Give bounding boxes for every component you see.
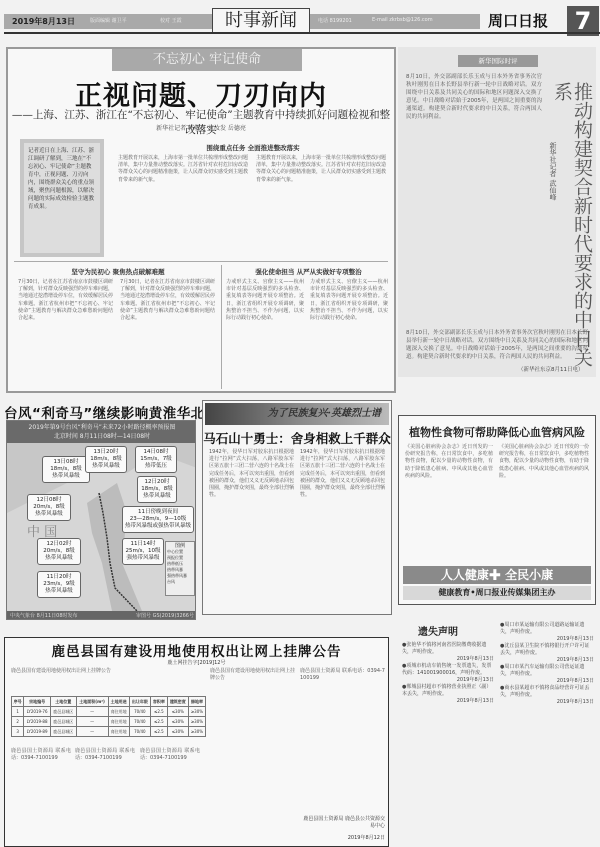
commentary-column: 新华国际时评 推动构建契合新时代要求的中日关系 新华社记者 武仙峰 8月10日，… — [398, 47, 596, 377]
typhoon-map: 2019年第9号台风“利奇马”未来72小时路径概率预报图 北京时间 8月11日0… — [6, 420, 196, 620]
auction-notice-no: 鹿土网挂告字[2019]12号 — [5, 659, 388, 666]
lead-subheadline: ——上海、江苏、浙江在“不忘初心、牢记使命”主题教育中持续抓好问题检视和整改落实 — [8, 107, 394, 137]
lost-notices: 遗失声明 ●张艳华不慎将河南省医院缴费收据遗失，声明作废。 2019年8月13日… — [398, 620, 598, 847]
section-text-2b: 7月30日，记者在江苏省南京市鼓楼区调研了解到，针对群众反映强烈的停车难问题，当… — [120, 279, 215, 387]
table-row: 3LY2019-89鹿邑县城区—商住用地70/40≤2.5≤30%≥30% — [12, 727, 206, 737]
column-rule — [221, 265, 222, 389]
auction-text-a: 鹿邑县国土资源局 联系电话：0394-7100199 — [11, 748, 71, 843]
auction-text-b: 鹿邑县国土资源局 联系电话：0394-7100199 — [75, 748, 135, 843]
list-item: ●周口市某运输有限公司道路运输证遗失，声明作废。 — [500, 622, 594, 636]
table-row: 2LY2019-88鹿邑县城区—商住用地70/40≤2.5≤30%≥30% — [12, 717, 206, 727]
map-title: 2019年第9号台风“利奇马”未来72小时路径概率预报图 — [7, 423, 196, 432]
callout-12d20: 12日20时18m/s，8级热带风暴级 — [137, 476, 177, 503]
masthead-rule — [4, 32, 600, 34]
list-item: ●周口市某汽车运输有限公司营运证遗失，声明作废。 — [500, 664, 594, 678]
callout-13d08: 13日08时18m/s，8级热带风暴级 — [42, 456, 90, 483]
martyr-headline: 马石山十勇士：舍身相救上千群众 — [203, 429, 391, 447]
list-item: ●郸城县村超市不慎将营业执照正（副）本丢失，声明作废。 — [402, 684, 494, 698]
masthead: 2019年8月13日 版面编辑 谢卫平 校对 王霞 时事新闻 电话 819920… — [0, 0, 600, 40]
section-heading-2: 坚守为民初心 聚焦热点破解难题 — [18, 267, 218, 276]
list-item: ●商水县某超市不慎将食品经营许可证丢失，声明作废。 — [500, 685, 594, 699]
martyr-story: 为了民族复兴·英雄烈士谱 马石山十勇士：舍身相救上千群众 1942年，侵华日军对… — [202, 400, 392, 615]
callout-12d08: 12日08时20m/s，8级热带风暴级 — [27, 494, 71, 521]
callout-12d02: 12日02时20m/s，8级热带风暴级 — [37, 538, 81, 565]
auction-intro: 鹿邑县国有建设用地使用权出让网上挂牌公告 — [11, 668, 191, 693]
health-text-a: 《美国心脏病协会杂志》近日刊发的一份研究报告称，在日常饮食中，多吃植物性食物，配… — [405, 444, 493, 562]
callout-13d20: 13日20时18m/s，8级热带风暴级 — [85, 446, 127, 473]
callout-14d08: 14日08时15m/s，7级热带低压 — [135, 446, 177, 473]
editor-credit: 版面编辑 谢卫平 — [90, 17, 127, 24]
auction-text-c: 鹿邑县国土资源局 联系电话：0394-7100199 — [140, 748, 200, 843]
martyr-banner: 为了民族复兴·英雄烈士谱 — [205, 403, 389, 425]
health-text-b: 《美国心脏病协会杂志》近日刊发的一份研究报告称，在日常饮食中，多吃植物性食物，配… — [499, 444, 589, 562]
list-item: ●张艳华不慎将河南省医院缴费收据遗失，声明作废。 — [402, 642, 494, 656]
section-heading-3: 强化使命担当 从严从实做好专项整治 — [226, 267, 391, 276]
typhoon-headline: 台风“利奇马”继续影响黄淮华北 — [4, 402, 205, 422]
commentary-text-cont: 8月10日，外交部副部长乐玉成与日本外务省事务次官秋叶刚男在日本长野县举行新一轮… — [406, 329, 588, 359]
section-text-1a: 主题教育开展以来，上海市第一批单位共梳理形成整改问题清单，集中力量推动整改落实。… — [118, 155, 248, 255]
lost-col-1: ●张艳华不慎将河南省医院缴费收据遗失，声明作废。 2019年8月13日 ●项城市… — [402, 642, 494, 705]
land-auction-notice: 鹿邑县国有建设用地使用权出让网上挂牌公告 鹿土网挂告字[2019]12号 鹿邑县… — [4, 637, 389, 847]
martyr-text-a: 1942年，侵华日军对胶东抗日根据地进行“拉网”式大扫荡，八路军胶东军区第五旅十… — [209, 449, 294, 609]
auction-table-wrap: 序号宗地编号土地位置土地面积(m²)土地用途出让年限容积率建筑密度绿地率 1LY… — [11, 696, 206, 737]
auction-title: 鹿邑县国有建设用地使用权出让网上挂牌公告 — [5, 640, 388, 660]
lost-notices-title: 遗失声明 — [418, 623, 458, 638]
health-headline: 植物性食物可帮助降低心血管病风险 — [399, 424, 595, 440]
lead-byline: 新华社记者 郭敬丹 沈汝发 岳德亮 — [8, 123, 394, 132]
paper-name: 周口日报 — [488, 10, 548, 31]
commentary-source: （新华社东京8月11日电） — [518, 365, 584, 373]
issue-date: 2019年8月13日 — [12, 16, 75, 27]
health-sponsor: 健康教育•周口报业传媒集团主办 — [403, 586, 591, 600]
callout-11d-night: 11日傍晚到夜间23—28m/s，9—10级热带风暴级或强热带风暴级 — [122, 506, 194, 533]
designer-credit: 校对 王霞 — [160, 17, 182, 24]
map-legend: 图例 中心位置 预报位置 热带低压 热带风暴 强热带风暴 台风 — [165, 541, 195, 596]
section-text-2a: 7月30日，记者在江苏省南京市鼓楼区调研了解到，针对群众反映强烈的停车难问题，当… — [18, 279, 113, 387]
divider — [14, 261, 388, 262]
health-banner: 人人健康✚ 全民小康 — [403, 566, 591, 584]
section-text-3b: 力戒形式主义、官僚主义——杭州市针对基层反映强烈的多头检查、重复填表等问题开展专… — [310, 279, 388, 387]
commentary-text: 8月10日，外交部副部长乐玉成与日本外务省事务次官秋叶刚男在日本长野县举行新一轮… — [406, 73, 542, 323]
contact-phone: 电话 8199201 — [318, 17, 352, 24]
section-text-3a: 力戒形式主义、官僚主义——杭州市针对基层反映强烈的多头检查、重复填表等问题开展专… — [226, 279, 304, 387]
auction-issuer: 鹿邑县国土资源局 鹿邑县公共资源交易中心 — [300, 816, 385, 830]
section-text-1b: 主题教育开展以来，上海市第一批单位共梳理形成整改问题清单，集中力量推动整改落实。… — [256, 155, 386, 255]
lead-summary-box: 记者近日在上海、江苏、浙江调研了解到，三地在“不忘初心、牢记使命”主题教育中，正… — [20, 139, 104, 257]
list-item: ●沈丘县某卫生院不慎将银行开户许可证丢失，声明作废。 — [500, 643, 594, 657]
map-header: 2019年第9号台风“利奇马”未来72小时路径概率预报图 北京时间 8月11日0… — [7, 421, 196, 443]
commentary-tag: 新华国际时评 — [458, 55, 538, 67]
map-footer: 中央气象台 8月11日08时发布 审图号 GS(2019)3266号 — [7, 611, 196, 620]
martyr-text-b: 1942年，侵华日军对胶东抗日根据地进行“拉网”式大扫荡，八路军胶东军区第五旅十… — [300, 449, 385, 609]
auction-table: 序号宗地编号土地位置土地面积(m²)土地用途出让年限容积率建筑密度绿地率 1LY… — [11, 696, 206, 737]
section-heading-1: 围绕重点任务 全面推进整改落实 — [118, 143, 388, 152]
lead-kicker: 不忘初心 牢记使命 — [112, 49, 302, 71]
auction-date: 2019年8月12日 — [300, 834, 385, 841]
map-subtitle: 北京时间 8月11日08时—14日08时 — [7, 432, 196, 441]
table-row: 1LY2019-76鹿邑县城区—商住用地70/40≤2.5≤30%≥30% — [12, 707, 206, 717]
callout-11d14: 11日14时25m/s，10级强热带风暴级 — [122, 538, 164, 565]
contact-email: E-mail zkrbsb@126.com — [372, 17, 433, 23]
section-title: 时事新闻 — [212, 8, 310, 34]
lead-story: 不忘初心 牢记使命 正视问题、刀刃向内 ——上海、江苏、浙江在“不忘初心、牢记使… — [6, 47, 396, 393]
list-item: ●项城市机动车销售统一发票遗失，发票代码：141001900016，声明作废。 — [402, 663, 494, 677]
auction-text-d: 鹿邑县国有建设用地使用权出让网上挂牌公告 — [210, 668, 295, 843]
lost-col-2: ●周口市某运输有限公司道路运输证遗失，声明作废。 2019年8月13日 ●沈丘县… — [500, 622, 594, 706]
auction-text-e: 鹿邑县国土资源局 联系电话：0394-7100199 — [300, 668, 385, 808]
health-story: 植物性食物可帮助降低心血管病风险 《美国心脏病协会杂志》近日刊发的一份研究报告称… — [398, 415, 596, 605]
callout-11d20: 11日20时23m/s，9级热带风暴级 — [37, 571, 81, 598]
commentary-byline: 新华社记者 武仙峰 — [546, 142, 558, 200]
